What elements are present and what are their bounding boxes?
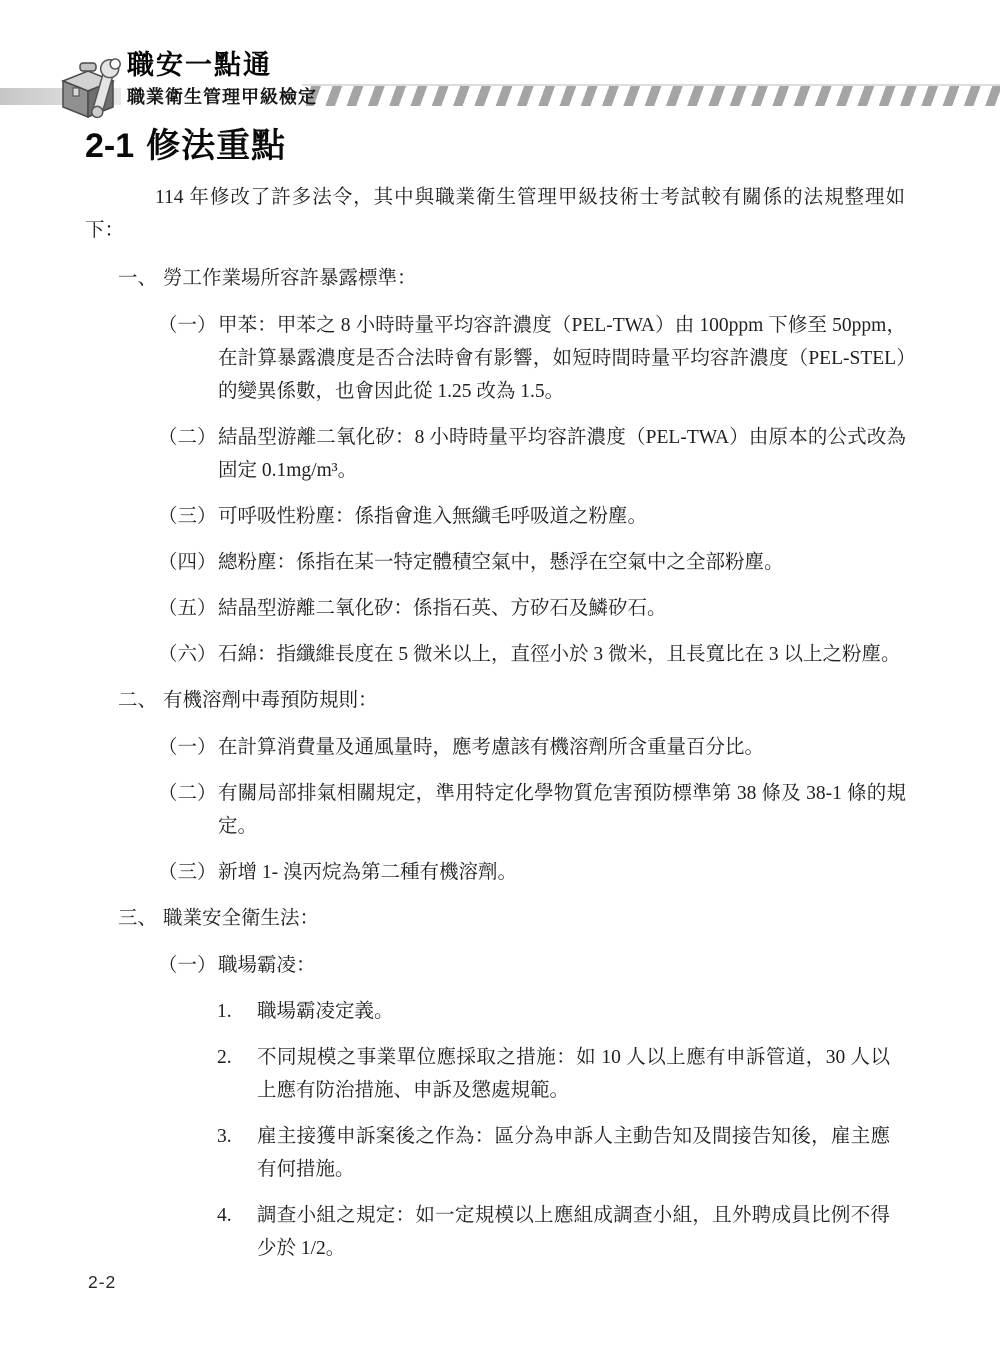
list-item-level1: 二、 有機溶劑中毒預防規則： — [118, 684, 905, 717]
list-label: （六） — [158, 638, 218, 671]
list-item-level2: （三） 可呼吸性粉塵：係指會進入無纖毛呼吸道之粉塵。 — [158, 500, 906, 533]
list-text: 總粉塵：係指在某一特定體積空氣中，懸浮在空氣中之全部粉塵。 — [218, 546, 906, 579]
list-label: 4. — [217, 1199, 257, 1265]
intro-paragraph: 114 年修改了許多法令，其中與職業衛生管理甲級技術士考試較有關係的法規整理如下… — [85, 181, 905, 247]
list-label: （三） — [158, 856, 218, 889]
list-label: （二） — [158, 421, 218, 487]
list-text: 調查小組之規定：如一定規模以上應組成調查小組，且外聘成員比例不得少於 1/2。 — [257, 1199, 890, 1265]
brand-text: 職安一點通 職業衛生管理甲級檢定 — [127, 50, 317, 108]
list-item-level2: （三） 新增 1- 溴丙烷為第二種有機溶劑。 — [158, 856, 906, 889]
list-label: （一） — [158, 309, 218, 408]
list-label: （五） — [158, 592, 218, 625]
list-item-level2: （二） 有關局部排氣相關規定，準用特定化學物質危害預防標準第 38 條及 38-… — [158, 777, 906, 843]
list-label: （四） — [158, 546, 218, 579]
list-item-level2: （一） 甲苯：甲苯之 8 小時時量平均容許濃度（PEL-TWA）由 100ppm… — [158, 309, 906, 408]
section-heading: 2-1修法重點 — [85, 126, 1000, 166]
header-diagonal-stripes — [306, 86, 1000, 106]
list-label: 2. — [217, 1041, 257, 1107]
list-text: 不同規模之事業單位應採取之措施：如 10 人以上應有申訴管道，30 人以上應有防… — [257, 1041, 890, 1107]
page-number: 2-2 — [88, 1272, 116, 1293]
list-item-level2: （五） 結晶型游離二氧化矽：係指石英、方矽石及鱗矽石。 — [158, 592, 906, 625]
list-text: 有機溶劑中毒預防規則： — [163, 684, 905, 717]
list-text: 結晶型游離二氧化矽：8 小時時量平均容許濃度（PEL-TWA）由原本的公式改為固… — [218, 421, 906, 487]
list-text: 石綿：指纖維長度在 5 微米以上，直徑小於 3 微米，且長寬比在 3 以上之粉塵… — [218, 638, 906, 671]
list-text: 職業安全衛生法： — [163, 902, 905, 935]
list-text: 在計算消費量及通風量時，應考慮該有機溶劑所含重量百分比。 — [218, 731, 906, 764]
list-item-level3: 3. 雇主接獲申訴案後之作為：區分為申訴人主動告知及間接告知後，雇主應有何措施。 — [217, 1120, 890, 1186]
list-item-level3: 4. 調查小組之規定：如一定規模以上應組成調查小組，且外聘成員比例不得少於 1/… — [217, 1199, 890, 1265]
list-item-level2: （一） 職場霸凌： — [158, 949, 906, 982]
list-label: 二、 — [118, 684, 163, 717]
list-label: （一） — [158, 731, 218, 764]
list-text: 可呼吸性粉塵：係指會進入無纖毛呼吸道之粉塵。 — [218, 500, 906, 533]
list-text: 雇主接獲申訴案後之作為：區分為申訴人主動告知及間接告知後，雇主應有何措施。 — [257, 1120, 890, 1186]
list-item-level2: （六） 石綿：指纖維長度在 5 微米以上，直徑小於 3 微米，且長寬比在 3 以… — [158, 638, 906, 671]
list-text: 職場霸凌定義。 — [257, 995, 890, 1028]
list-label: （二） — [158, 777, 218, 843]
list-label: （一） — [158, 949, 218, 982]
list-text: 結晶型游離二氧化矽：係指石英、方矽石及鱗矽石。 — [218, 592, 906, 625]
list-label: 3. — [217, 1120, 257, 1186]
brand-subtitle: 職業衛生管理甲級檢定 — [127, 86, 317, 108]
list-text: 甲苯：甲苯之 8 小時時量平均容許濃度（PEL-TWA）由 100ppm 下修至… — [218, 309, 906, 408]
list-text: 勞工作業場所容許暴露標準： — [163, 262, 905, 295]
list-label: 一、 — [118, 262, 163, 295]
book-page: 職安一點通 職業衛生管理甲級檢定 2-1修法重點 114 年修改了許多法令，其中… — [0, 0, 1000, 1357]
list-item-level3: 2. 不同規模之事業單位應採取之措施：如 10 人以上應有申訴管道，30 人以上… — [217, 1041, 890, 1107]
list-label: （三） — [158, 500, 218, 533]
toolbox-wrench-icon — [53, 55, 127, 123]
list-label: 三、 — [118, 902, 163, 935]
list-text: 職場霸凌： — [218, 949, 906, 982]
list-text: 新增 1- 溴丙烷為第二種有機溶劑。 — [218, 856, 906, 889]
section-title: 修法重點 — [146, 127, 286, 165]
list-item-level2: （一） 在計算消費量及通風量時，應考慮該有機溶劑所含重量百分比。 — [158, 731, 906, 764]
list-item-level1: 一、 勞工作業場所容許暴露標準： — [118, 262, 905, 295]
list-label: 1. — [217, 995, 257, 1028]
list-item-level1: 三、 職業安全衛生法： — [118, 902, 905, 935]
page-content: 2-1修法重點 114 年修改了許多法令，其中與職業衛生管理甲級技術士考試較有關… — [0, 126, 1000, 1278]
list-item-level2: （四） 總粉塵：係指在某一特定體積空氣中，懸浮在空氣中之全部粉塵。 — [158, 546, 906, 579]
brand-title: 職安一點通 — [127, 50, 317, 80]
list-item-level2: （二） 結晶型游離二氧化矽：8 小時時量平均容許濃度（PEL-TWA）由原本的公… — [158, 421, 906, 487]
list-text: 有關局部排氣相關規定，準用特定化學物質危害預防標準第 38 條及 38-1 條的… — [218, 777, 906, 843]
section-number: 2-1 — [85, 127, 134, 165]
list-item-level3: 1. 職場霸凌定義。 — [217, 995, 890, 1028]
